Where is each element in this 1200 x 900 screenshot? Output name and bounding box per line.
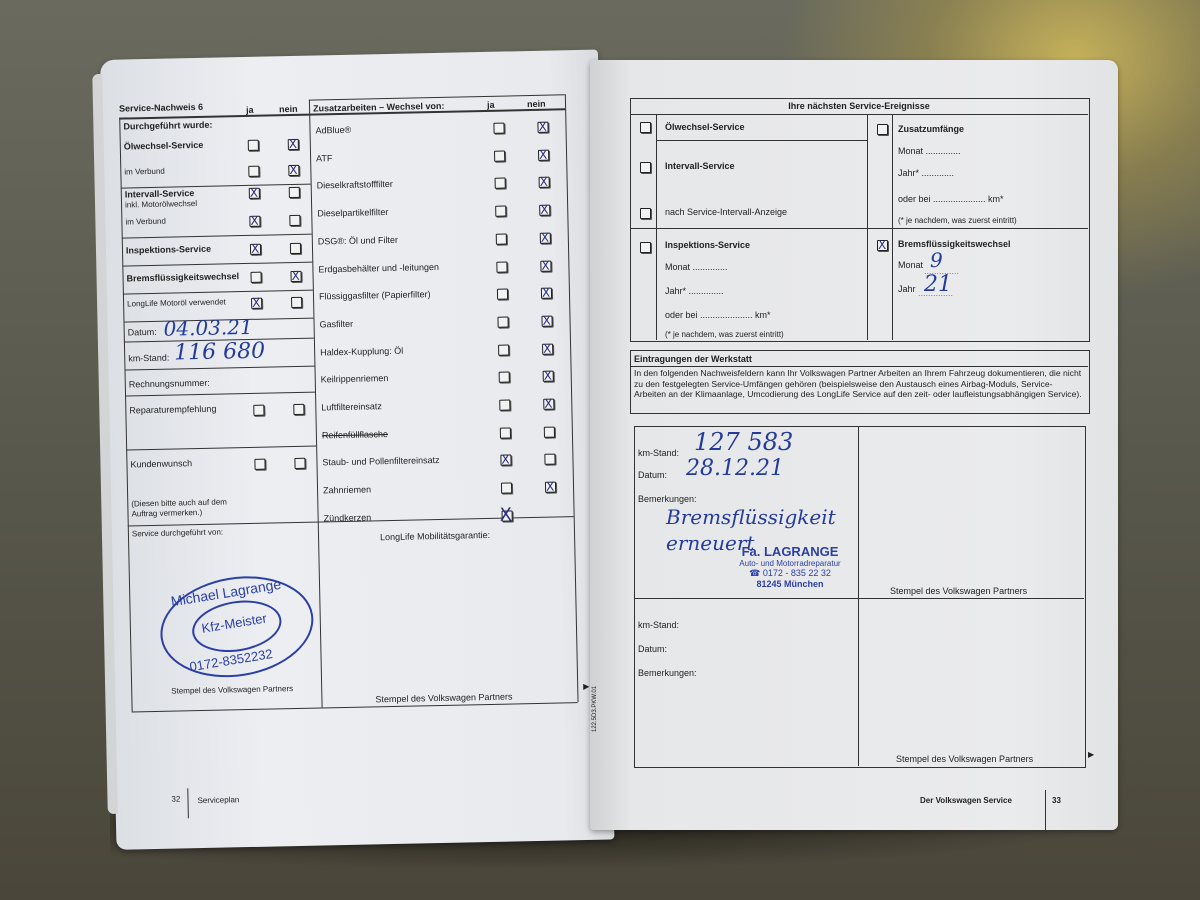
extra-row-label: Dieselkraftstofffilter [317,179,393,191]
extra-nein-checkbox[interactable] [540,260,551,271]
left-page: Service-Nachweis 6 ja nein Durchgeführt … [100,50,614,850]
extras-rows: AdBlue®ATFDieselkraftstofffilterDieselpa… [100,50,598,60]
continue-arrow-icon: ▶ [1088,750,1094,759]
stamp-company: Fa. LAGRANGE [730,544,850,559]
rule [630,114,1088,115]
right-page: Ihre nächsten Service-Ereignisse Ölwechs… [590,60,1118,830]
divider [892,114,893,340]
workshop-stamp: Fa. LAGRANGE Auto- und Motorradreparatur… [730,544,850,589]
extra-nein-checkbox[interactable] [543,371,554,382]
entry1-stamp-caption: Stempel des Volkswagen Partners [890,586,1027,596]
rule [124,366,314,371]
extra-nein-checkbox[interactable] [544,426,555,437]
master-stamp: Michael Lagrange Kfz-Meister 0172-835223… [153,566,321,688]
performed-nein-checkbox[interactable] [290,243,301,254]
extra-row-label: ATF [316,153,333,163]
entry1-date-label: Datum: [638,470,667,480]
customer-wish-label: Kundenwunsch [130,458,192,469]
performed-row-label: Inspektions-Service [126,244,211,256]
performed-ja-checkbox[interactable] [249,216,260,227]
performed-nein-checkbox[interactable] [290,271,301,282]
customer-wish-nein-checkbox[interactable] [294,458,305,469]
extra-nein-checkbox[interactable] [539,177,550,188]
entry1-km-value: 127 583 [694,428,793,456]
extra-scope-year: Jahr* ............. [898,168,954,178]
page-number: 32 [171,794,180,803]
performed-nein-checkbox[interactable] [289,187,300,198]
inspection-checkbox[interactable] [640,242,651,253]
longlife-label: LongLife Mobilitätsgarantie: [380,530,490,542]
repair-ja-checkbox[interactable] [253,405,264,416]
performed-header: Durchgeführt wurde: [123,120,212,132]
extra-nein-checkbox[interactable] [537,122,548,133]
inspection-note: (* je nachdem, was zuerst eintritt) [665,330,784,339]
extra-ja-checkbox[interactable] [497,316,508,327]
km-value: 116 680 [174,339,265,366]
datum-label: Datum: [128,327,157,338]
extra-ja-checkbox[interactable] [498,344,509,355]
extra-ja-checkbox[interactable] [496,261,507,272]
performed-row-sublabel: inkl. Motorölwechsel [125,199,197,210]
rule [121,184,311,189]
stamp-caption: Stempel des Volkswagen Partners [171,684,293,696]
performed-nein-checkbox[interactable] [289,215,300,226]
rule [122,234,312,239]
divider [1045,790,1046,830]
brake-fluid-month-value: 9 [930,248,943,272]
interval-display-checkbox[interactable] [640,208,651,219]
brake-fluid-year-label: Jahr [898,284,916,294]
extra-row-label: Zündkerzen [324,512,372,523]
brake-fluid-label: Bremsflüssigkeitswechsel [898,239,1011,249]
col-nein: nein [279,104,298,114]
extra-ja-checkbox[interactable] [501,483,512,494]
extra-ja-checkbox[interactable] [497,289,508,300]
entry2-km-label: km-Stand: [638,620,679,630]
interval-service-checkbox[interactable] [640,162,651,173]
brake-fluid-checkbox[interactable] [877,240,888,251]
entry2-date-label: Datum: [638,644,667,654]
continue-arrow-icon: ▶ [583,682,589,691]
performed-ja-checkbox[interactable] [250,244,261,255]
extra-row-label: Zahnriemen [323,485,371,496]
extra-row-label: Staub- und Pollenfiltereinsatz [322,455,439,467]
service-by-label: Service durchgeführt von: [132,528,223,539]
extra-nein-checkbox[interactable] [540,232,551,243]
rule [656,140,867,141]
extra-row-label: Luftfiltereinsatz [321,401,382,412]
performed-row-label: Ölwechsel-Service [124,140,204,152]
entry1-remarks-label: Bemerkungen: [638,494,697,504]
performed-row-label: Bremsflüssigkeitswechsel [126,271,239,283]
extra-scope-checkbox[interactable] [877,124,888,135]
performed-ja-checkbox[interactable] [251,298,262,309]
brake-fluid-month-label: Monat [898,260,923,270]
rule [132,702,578,712]
performed-row-label: im Verbund [124,167,165,177]
inspection-month: Monat .............. [665,262,728,272]
divider [656,114,657,340]
extra-row-label: AdBlue® [315,125,351,136]
entry1-km-label: km-Stand: [638,448,679,458]
extra-scope-label: Zusatzumfänge [898,124,964,134]
extra-row-label: Reifenfüllflasche [322,429,388,440]
service-record-title: Service-Nachweis 6 [119,102,203,114]
divider [565,94,579,702]
performed-nein-checkbox[interactable] [288,165,299,176]
stamp-city: 81245 München [730,579,850,589]
performed-row-label: im Verbund [125,217,166,227]
extra-ja-checkbox[interactable] [499,372,510,383]
note-text: (Diesen bitte auch auf dem Auftrag verme… [131,497,241,519]
performed-rows: Ölwechsel-Serviceim VerbundIntervall-Ser… [100,50,598,60]
performed-ja-checkbox[interactable] [248,140,259,151]
col-ja: ja [246,105,254,115]
repair-label: Reparaturempfehlung [129,404,216,416]
extra-nein-checkbox[interactable] [542,343,553,354]
rule [125,392,315,397]
extra-ja-checkbox[interactable] [495,178,506,189]
rule [126,446,316,451]
entry1-date-value: 28.12.21 [686,456,784,481]
rule [634,598,1084,599]
interval-service-label: Intervall-Service [665,161,735,171]
entry2-stamp-caption: Stempel des Volkswagen Partners [896,754,1033,764]
extra-ja-checkbox[interactable] [500,455,511,466]
performed-nein-checkbox[interactable] [291,297,302,308]
extra-row-label: Flüssiggasfilter (Papierfilter) [319,289,431,301]
km-label: km-Stand: [128,353,169,364]
extra-row-label: Haldex-Kupplung: Öl [320,345,403,357]
rule [122,262,312,267]
inspection-label: Inspektions-Service [665,240,750,250]
extras-col-nein: nein [527,99,546,109]
oil-service-checkbox[interactable] [640,122,651,133]
extra-nein-checkbox[interactable] [541,315,552,326]
footer-text: Serviceplan [197,795,239,805]
extra-ja-checkbox[interactable] [496,233,507,244]
rule [123,290,313,295]
workshop-text: In den folgenden Nachweisfeldern kann Ih… [634,368,1082,400]
extras-col-ja: ja [487,100,495,110]
extra-nein-checkbox[interactable] [545,482,556,493]
extra-row-label: Keilrippenriemen [321,373,389,384]
extra-row-label: Erdgasbehälter und -leitungen [318,261,439,274]
performed-ja-checkbox[interactable] [249,188,260,199]
brake-fluid-year-value: 21 [924,272,952,297]
divider [187,788,189,818]
page-edge [92,74,117,814]
interval-display-label: nach Service-Intervall-Anzeige [665,207,787,217]
workshop-header: Eintragungen der Werkstatt [634,354,752,364]
extra-nein-checkbox[interactable] [539,205,550,216]
entry2-remarks-label: Bemerkungen: [638,668,697,678]
extra-row-label: Gasfilter [319,319,353,330]
footer-text: Der Volkswagen Service [920,796,1012,805]
next-events-header: Ihre nächsten Service-Ereignisse [630,101,1088,111]
extra-nein-checkbox[interactable] [538,149,549,160]
divider [867,114,868,340]
stamp-phone: 0172 - 835 22 32 [763,568,831,578]
next-events-table [630,98,1090,342]
performed-row-label: LongLife Motoröl verwendet [127,297,226,308]
extra-ja-checkbox[interactable] [502,510,513,521]
rule [630,366,1088,367]
extra-scope-km: oder bei ..................... km* [898,194,1004,204]
side-code: 122.5D3.PKW.01 [592,686,598,732]
repair-nein-checkbox[interactable] [293,404,304,415]
customer-wish-ja-checkbox[interactable] [254,459,265,470]
inspection-year: Jahr* .............. [665,286,724,296]
divider [858,426,859,766]
extra-row-label: DSG®: Öl und Filter [318,235,398,247]
extra-ja-checkbox[interactable] [495,206,506,217]
rule [630,228,1088,229]
extra-row-label: Dieselpartikelfilter [317,207,388,218]
oil-service-label: Ölwechsel-Service [665,122,745,132]
datum-value: 04.03.21 [163,315,253,341]
extra-ja-checkbox[interactable] [493,123,504,134]
extra-ja-checkbox[interactable] [494,150,505,161]
performed-ja-checkbox[interactable] [250,272,261,283]
longlife-stamp-caption: Stempel des Volkswagen Partners [375,692,512,705]
performed-nein-checkbox[interactable] [288,139,299,150]
extra-scope-month: Monat .............. [898,146,961,156]
inspection-km: oder bei ..................... km* [665,310,771,320]
performed-ja-checkbox[interactable] [248,166,259,177]
stamp-line1: Auto- und Motorradreparatur [730,559,850,568]
extra-scope-note: (* je nachdem, was zuerst eintritt) [898,216,1017,225]
performed-row-label: Intervall-Service [125,188,195,199]
extra-nein-checkbox[interactable] [543,399,554,410]
page-number: 33 [1052,796,1061,805]
extra-ja-checkbox[interactable] [500,427,511,438]
extra-nein-checkbox[interactable] [541,288,552,299]
phone-icon: ☎ [749,568,763,578]
extra-ja-checkbox[interactable] [499,399,510,410]
extra-nein-checkbox[interactable] [544,454,555,465]
invoice-label: Rechnungsnummer: [129,378,210,390]
